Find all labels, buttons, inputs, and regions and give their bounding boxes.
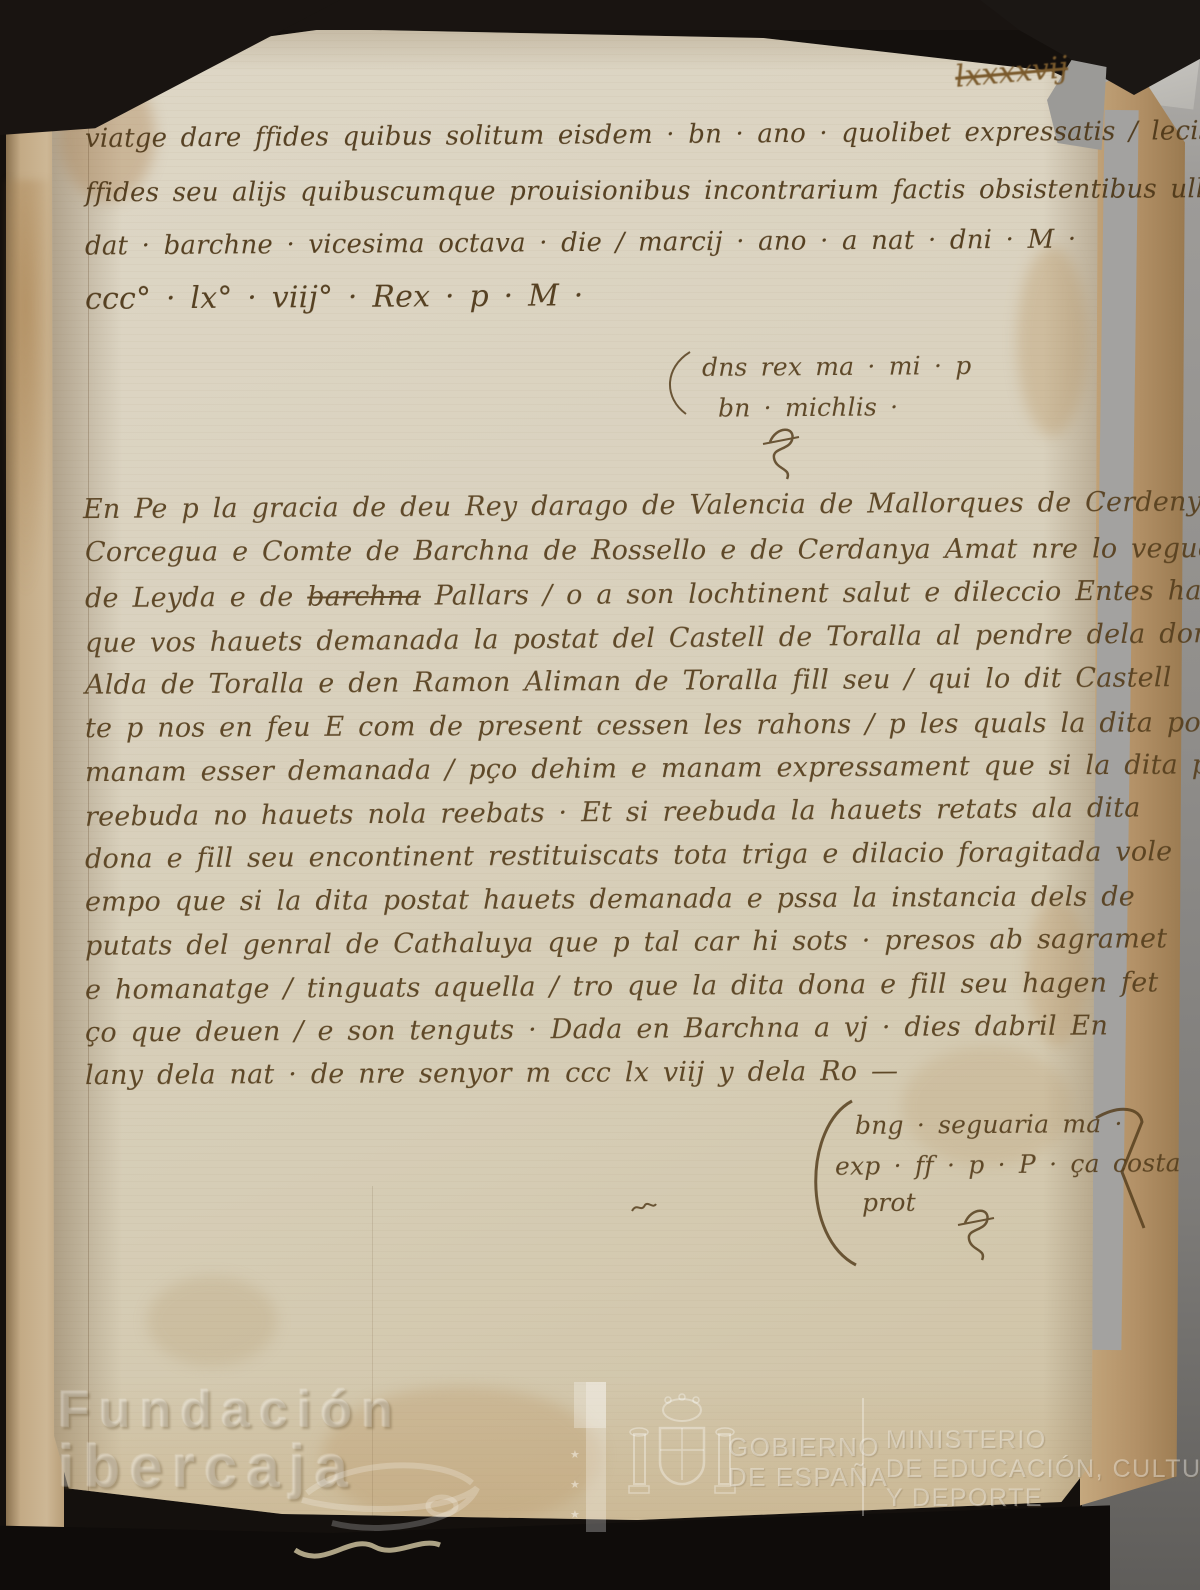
stain: [902, 1046, 1072, 1166]
ibercaja-logo-icon: [292, 1438, 482, 1543]
watermark-ministerio-line3: Y DEPORTE: [886, 1484, 1043, 1513]
manuscript-line: ffides seu alijs quibuscumque prouisioni…: [85, 174, 1200, 208]
signature-line: exp · ff · p · P · ça costa: [835, 1148, 1181, 1181]
watermark-ministerio-line1: MINISTERIO: [886, 1426, 1047, 1455]
signature-bracket-left: [800, 1095, 862, 1270]
eu-star-icon: ★: [570, 1508, 580, 1521]
manuscript-line: ccc° · lx° · viij° · Rex · p · M ·: [85, 278, 584, 316]
manuscript-line: lany dela nat · de nre senyor m ccc lx v…: [85, 1056, 898, 1091]
manuscript-line: Corcegua e Comte de Barchna de Rossello …: [85, 533, 1200, 568]
chancery-note-line: bn · michlis ·: [718, 392, 898, 422]
page-edge-stain: [6, 180, 56, 600]
watermark-ministerio-line2: DE EDUCACIÓN, CULTURA: [886, 1455, 1200, 1484]
flourish-mark: [630, 1200, 658, 1216]
watermark-foundation-line1: Fundación: [58, 1380, 402, 1440]
eu-flag-band: [586, 1382, 606, 1532]
struck-word: barchna: [307, 581, 421, 613]
watermark-divider: [862, 1398, 864, 1516]
paraph-mark-icon: [955, 1205, 997, 1263]
stain: [147, 1276, 277, 1366]
watermark-gobierno-line2: DE ESPAÑA: [728, 1462, 888, 1493]
watermark-gobierno-line1: GOBIERNO: [728, 1432, 880, 1463]
stain: [1017, 246, 1087, 436]
manuscript-photo: lxxxxvij viatge dare ffides quibus solit…: [0, 0, 1200, 1590]
signature-line: prot: [862, 1188, 916, 1217]
paraph-mark-icon: [760, 424, 802, 482]
eu-star-icon: ★: [570, 1478, 580, 1491]
chancery-note-line: dns rex ma · mi · p: [702, 351, 972, 382]
note-bracket: [660, 348, 694, 418]
manuscript-line: te p nos en feu E com de present cessen …: [85, 707, 1200, 744]
signature-line: bng · seguaria ma ·: [855, 1109, 1123, 1140]
eu-star-icon: ★: [570, 1448, 580, 1461]
manuscript-line: empo que si la dita postat hauets demana…: [85, 881, 1135, 917]
